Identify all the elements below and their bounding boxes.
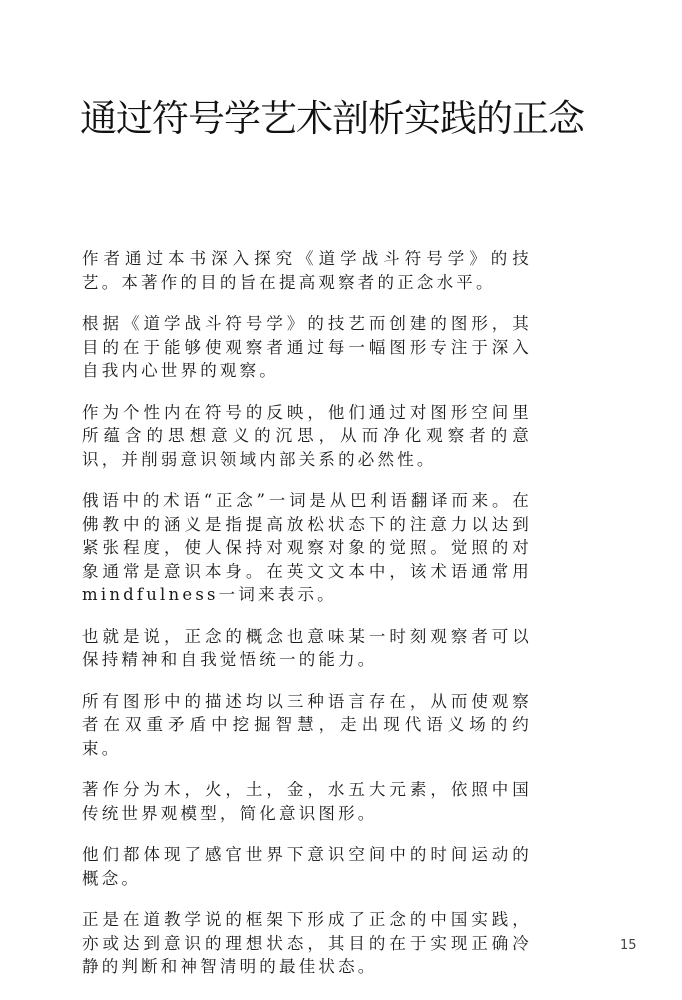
- paragraph: 正是在道教学说的框架下形成了正念的中国实践，亦或达到意识的理想状态，其目的在于实…: [82, 908, 532, 979]
- paragraph: 作为个性内在符号的反映，他们通过对图形空间里所蕴含的思想意义的沉思，从而净化观察…: [82, 401, 532, 472]
- paragraph: 根据《道学战斗符号学》的技艺而创建的图形，其目的在于能够使观察者通过每一幅图形专…: [82, 312, 532, 383]
- paragraph: 他们都体现了感官世界下意识空间中的时间运动的概念。: [82, 843, 532, 890]
- page-title: 通过符号学艺术剖析实践的正念: [80, 88, 584, 142]
- paragraph: 著作分为木，火，土，金，水五大元素，依照中国传统世界观模型，简化意识图形。: [82, 778, 532, 825]
- paragraph: 俄语中的术语“正念”一词是从巴利语翻译而来。在佛教中的涵义是指提高放松状态下的注…: [82, 489, 532, 607]
- body-text: 作者通过本书深入探究《道学战斗符号学》的技艺。本著作的目的旨在提高观察者的正念水…: [82, 247, 532, 997]
- paragraph: 也就是说，正念的概念也意味某一时刻观察者可以保持精神和自我觉悟统一的能力。: [82, 625, 532, 672]
- page-number: 15: [620, 938, 637, 953]
- paragraph: 作者通过本书深入探究《道学战斗符号学》的技艺。本著作的目的旨在提高观察者的正念水…: [82, 247, 532, 294]
- paragraph: 所有图形中的描述均以三种语言存在，从而使观察者在双重矛盾中挖掘智慧，走出现代语义…: [82, 690, 532, 761]
